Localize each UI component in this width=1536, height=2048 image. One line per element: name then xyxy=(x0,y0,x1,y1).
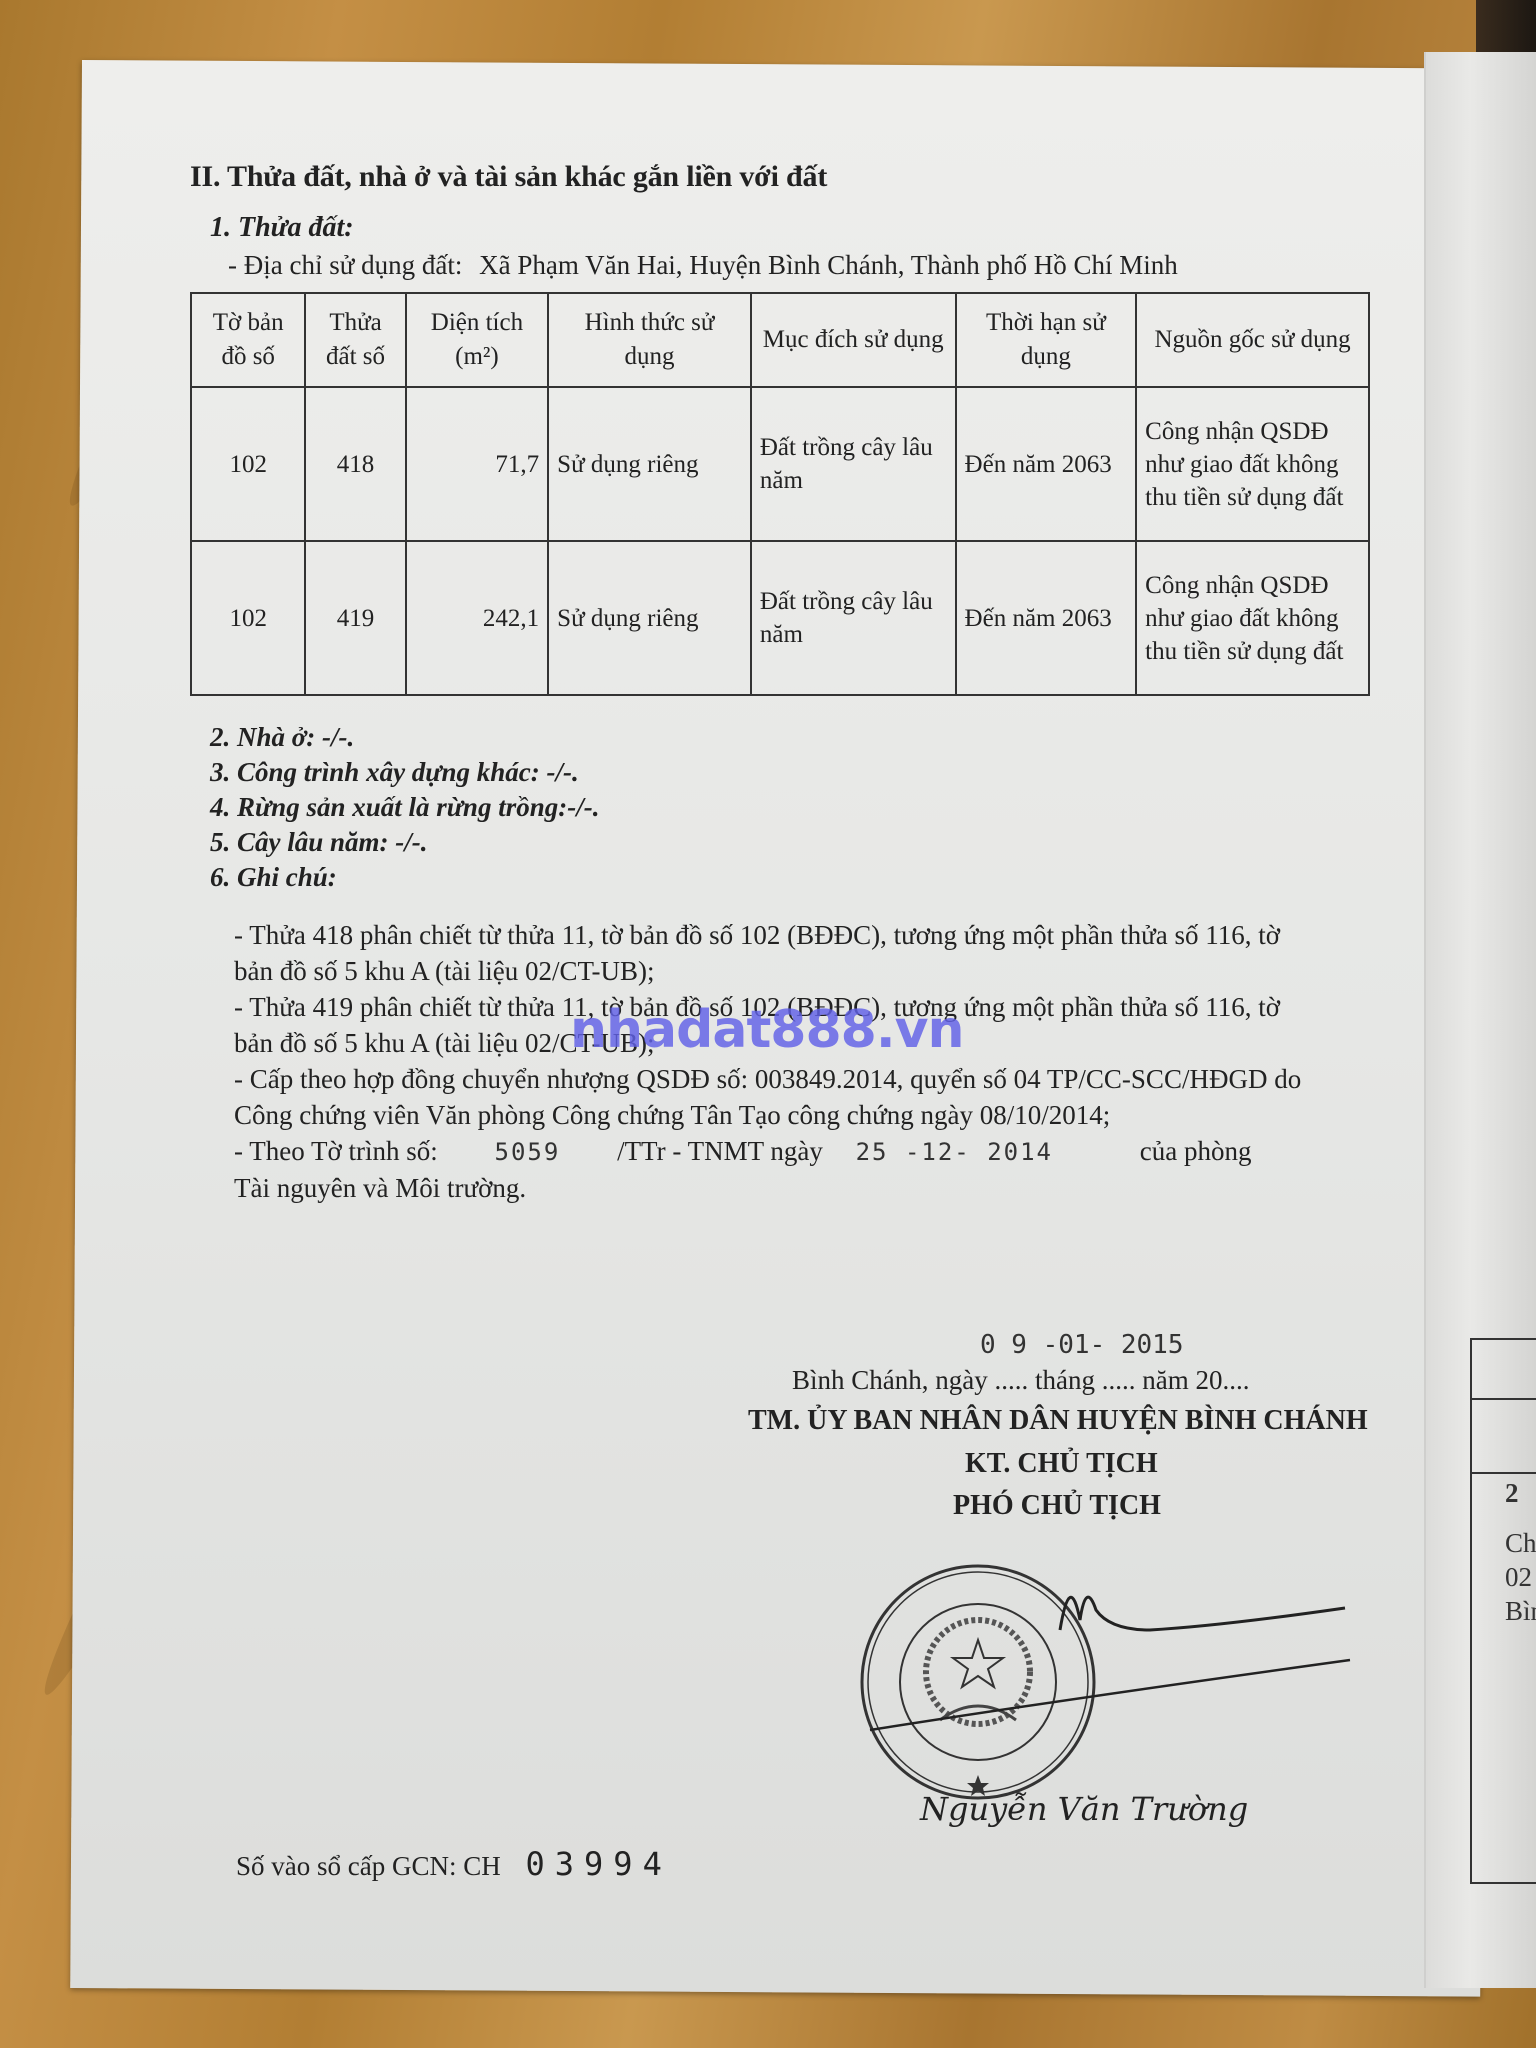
cell-origin: Công nhận QSDĐ như giao đất không thu ti… xyxy=(1136,541,1369,695)
flap-table-row xyxy=(1470,1396,1536,1474)
cell-usage-form: Sử dụng riêng xyxy=(548,387,751,541)
col-term: Thời hạn sử dụng xyxy=(956,293,1137,387)
col-map-sheet: Tờ bản đồ số xyxy=(191,293,305,387)
flap-text: 02 xyxy=(1505,1562,1532,1593)
property-items: 2. Nhà ở: -/-. 3. Công trình xây dựng kh… xyxy=(210,720,599,895)
address-line: - Địa chỉ sử dụng đất: Xã Phạm Văn Hai, … xyxy=(228,250,1178,281)
cell-parcel: 418 xyxy=(305,387,405,541)
flap-text: 2 xyxy=(1505,1478,1519,1509)
report-prefix: - Theo Tờ trình số: xyxy=(234,1136,438,1166)
report-note-line2: Tài nguyên và Môi trường. xyxy=(234,1170,1314,1206)
item-house: 2. Nhà ở: -/-. xyxy=(210,720,599,755)
gcn-registry-line: Số vào sổ cấp GCN: CH 03994 xyxy=(236,1845,672,1883)
signing-organization: TM. ỦY BAN NHÂN DÂN HUYỆN BÌNH CHÁNH xyxy=(748,1405,1368,1437)
note-item: - Thửa 418 phân chiết từ thửa 11, tờ bản… xyxy=(234,917,1314,989)
flap-text: Bìn xyxy=(1505,1596,1536,1627)
parcel-table: Tờ bản đồ số Thửa đất số Diện tích (m²) … xyxy=(190,292,1370,696)
notes-list: - Thửa 418 phân chiết từ thửa 11, tờ bản… xyxy=(234,917,1314,1206)
item-planted-forest: 4. Rừng sản xuất là rừng trồng:-/-. xyxy=(210,790,599,825)
signing-title: PHÓ CHỦ TỊCH xyxy=(953,1490,1161,1522)
address-label: - Địa chỉ sử dụng đất: xyxy=(228,250,462,280)
cell-term: Đến năm 2063 xyxy=(956,541,1137,695)
signer-name: Nguyễn Văn Trường xyxy=(920,1790,1248,1828)
report-mid: /TTr - TNMT ngày xyxy=(617,1136,823,1166)
col-parcel: Thửa đất số xyxy=(305,293,405,387)
signing-role: KT. CHỦ TỊCH xyxy=(965,1448,1158,1480)
item-perennial-trees: 5. Cây lâu năm: -/-. xyxy=(210,825,599,860)
table-row: 102 418 71,7 Sử dụng riêng Đất trồng cây… xyxy=(191,387,1369,541)
item-other-construction: 3. Công trình xây dựng khác: -/-. xyxy=(210,755,599,790)
col-area: Diện tích (m²) xyxy=(406,293,548,387)
report-suffix: của phòng xyxy=(1140,1136,1252,1166)
col-usage-form: Hình thức sử dụng xyxy=(548,293,751,387)
table-header-row: Tờ bản đồ số Thửa đất số Diện tích (m²) … xyxy=(191,293,1369,387)
cell-purpose: Đất trồng cây lâu năm xyxy=(751,541,956,695)
address-value: Xã Phạm Văn Hai, Huyện Bình Chánh, Thành… xyxy=(479,250,1178,280)
gcn-label: Số vào sổ cấp GCN: CH xyxy=(236,1851,501,1881)
cell-map-sheet: 102 xyxy=(191,541,305,695)
col-purpose: Mục đích sử dụng xyxy=(751,293,956,387)
report-number: 5059 xyxy=(495,1138,561,1166)
gcn-number: 03994 xyxy=(526,1845,672,1883)
cell-area: 242,1 xyxy=(406,541,548,695)
section-title: II. Thửa đất, nhà ở và tài sản khác gắn … xyxy=(190,160,827,194)
cell-area: 71,7 xyxy=(406,387,548,541)
table-row: 102 419 242,1 Sử dụng riêng Đất trồng câ… xyxy=(191,541,1369,695)
col-origin: Nguồn gốc sử dụng xyxy=(1136,293,1369,387)
cell-parcel: 419 xyxy=(305,541,405,695)
report-date: 25 -12- 2014 xyxy=(856,1138,1053,1166)
signature-stroke-icon xyxy=(860,1640,1360,1740)
cell-origin: Công nhận QSDĐ như giao đất không thu ti… xyxy=(1136,387,1369,541)
cell-term: Đến năm 2063 xyxy=(956,387,1137,541)
flap-table-row xyxy=(1470,1338,1536,1400)
note-item: - Cấp theo hợp đồng chuyển nhượng QSDĐ s… xyxy=(234,1061,1314,1133)
report-note: - Theo Tờ trình số: 5059 /TTr - TNMT ngà… xyxy=(234,1133,1314,1170)
watermark: nhadat888.vn xyxy=(570,1000,964,1060)
place-date: Bình Chánh, ngày ..... tháng ..... năm 2… xyxy=(792,1365,1249,1396)
land-heading: 1. Thửa đất: xyxy=(210,212,354,244)
cell-usage-form: Sử dụng riêng xyxy=(548,541,751,695)
stamp-date: 0 9 -01- 2015 xyxy=(980,1330,1184,1360)
item-notes-heading: 6. Ghi chú: xyxy=(210,860,599,895)
cell-purpose: Đất trồng cây lâu năm xyxy=(751,387,956,541)
cell-map-sheet: 102 xyxy=(191,387,305,541)
flap-text: Ch xyxy=(1505,1528,1536,1559)
